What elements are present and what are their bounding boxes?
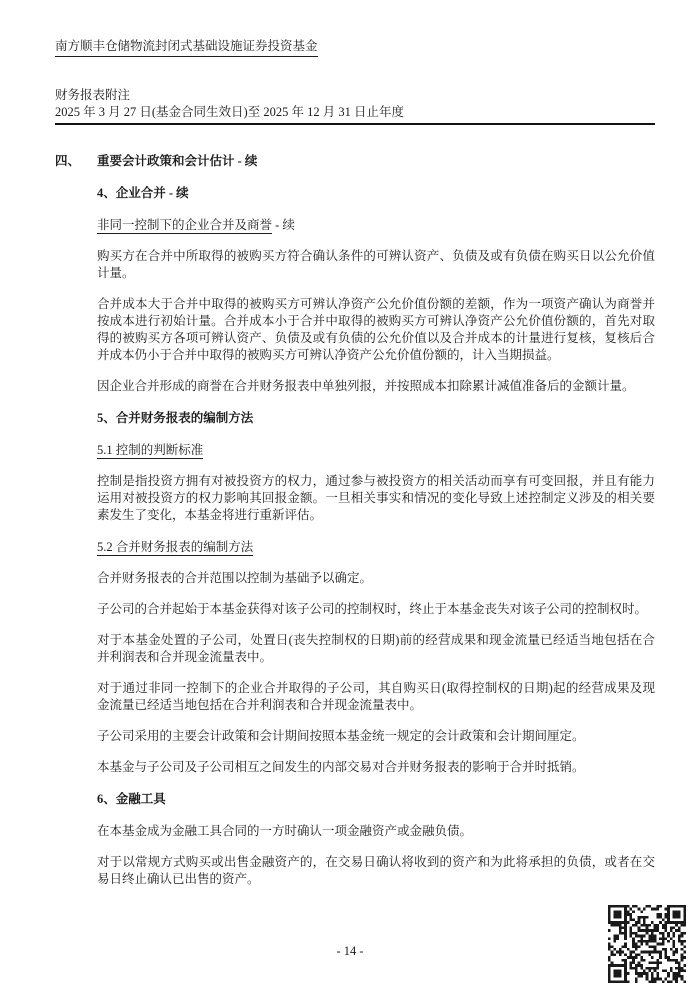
page-number: - 14 - — [0, 944, 700, 959]
report-period: 2025 年 3 月 27 日(基金合同生效日)至 2025 年 12 月 31… — [55, 104, 655, 125]
paragraph-intercompany-elimination: 本基金与子公司及子公司相互之间发生的内部交易对合并财务报表的影响于合并时抵销。 — [97, 759, 655, 776]
report-period-text: 2025 年 3 月 27 日(基金合同生效日)至 2025 年 12 月 31… — [55, 105, 404, 119]
paragraph-goodwill: 合并成本大于合并中取得的被购买方可辨认净资产公允价值份额的差额，作为一项资产确认… — [97, 296, 655, 364]
section-number: 四、 — [55, 153, 97, 170]
heading-consolidation-method: 5、合并财务报表的编制方法 — [97, 410, 655, 427]
paragraph-fin-recognition: 在本基金成为金融工具合同的一方时确认一项金融资产或金融负债。 — [97, 823, 655, 840]
paragraph-fair-value: 购买方在合并中所取得的被购买方符合确认条件的可辨认资产、负债及或有负债在购买日以… — [97, 248, 655, 282]
subheading-preparation-method: 5.2 合并财务报表的编制方法 — [97, 539, 655, 556]
subheading-noncommon-control-suffix: - 续 — [272, 218, 295, 232]
subheading-noncommon-control: 非同一控制下的企业合并及商誉 - 续 — [97, 217, 655, 234]
subheading-control-criteria: 5.1 控制的判断标准 — [97, 442, 655, 459]
subheading-control-criteria-underlined: 5.1 控制的判断标准 — [97, 443, 203, 459]
section-title: 重要会计政策和会计估计 - 续 — [97, 153, 257, 170]
paragraph-subsidiary-begin-end: 子公司的合并起始于本基金获得对该子公司的控制权时，终止于本基金丧失对该子公司的控… — [97, 601, 655, 618]
paragraph-fin-regular-way: 对于以常规方式购买或出售金融资产的，在交易日确认将收到的资产和为此将承担的负债，… — [97, 854, 655, 888]
subheading-preparation-method-underlined: 5.2 合并财务报表的编制方法 — [97, 540, 253, 556]
heading-business-combination: 4、企业合并 - 续 — [97, 185, 655, 202]
page-content: 南方顺丰仓储物流封闭式基础设施证券投资基金 财务报表附注 2025 年 3 月 … — [55, 38, 655, 902]
heading-financial-instruments: 6、金融工具 — [97, 791, 655, 808]
paragraph-policy-alignment: 子公司采用的主要会计政策和会计期间按照本基金统一规定的会计政策和会计期间厘定。 — [97, 728, 655, 745]
paragraph-disposal: 对于本基金处置的子公司，处置日(丧失控制权的日期)前的经营成果和现金流量已经适当… — [97, 632, 655, 666]
fund-name-title: 南方顺丰仓储物流封闭式基础设施证券投资基金 — [55, 38, 318, 57]
paragraph-consolidation-scope: 合并财务报表的合并范围以控制为基础予以确定。 — [97, 570, 655, 587]
paragraph-control-definition: 控制是指投资方拥有对被投资方的权力，通过参与被投资方的相关活动而享有可变回报，并… — [97, 473, 655, 524]
section-body: 4、企业合并 - 续 非同一控制下的企业合并及商誉 - 续 购买方在合并中所取得… — [97, 185, 655, 888]
document-page: { "header": { "fund_name": "南方顺丰仓储物流封闭式基… — [0, 0, 700, 990]
paragraph-acquired-subsidiary: 对于通过非同一控制下的企业合并取得的子公司，其自购买日(取得控制权的日期)起的经… — [97, 680, 655, 714]
subheading-noncommon-control-underlined: 非同一控制下的企业合并及商誉 — [97, 218, 272, 234]
paragraph-goodwill-presentation: 因企业合并形成的商誉在合并财务报表中单独列报，并按照成本扣除累计减值准备后的金额… — [97, 378, 655, 395]
section-heading: 四、 重要会计政策和会计估计 - 续 — [55, 153, 655, 170]
report-title: 财务报表附注 — [55, 87, 655, 104]
qr-code-icon — [607, 905, 687, 983]
